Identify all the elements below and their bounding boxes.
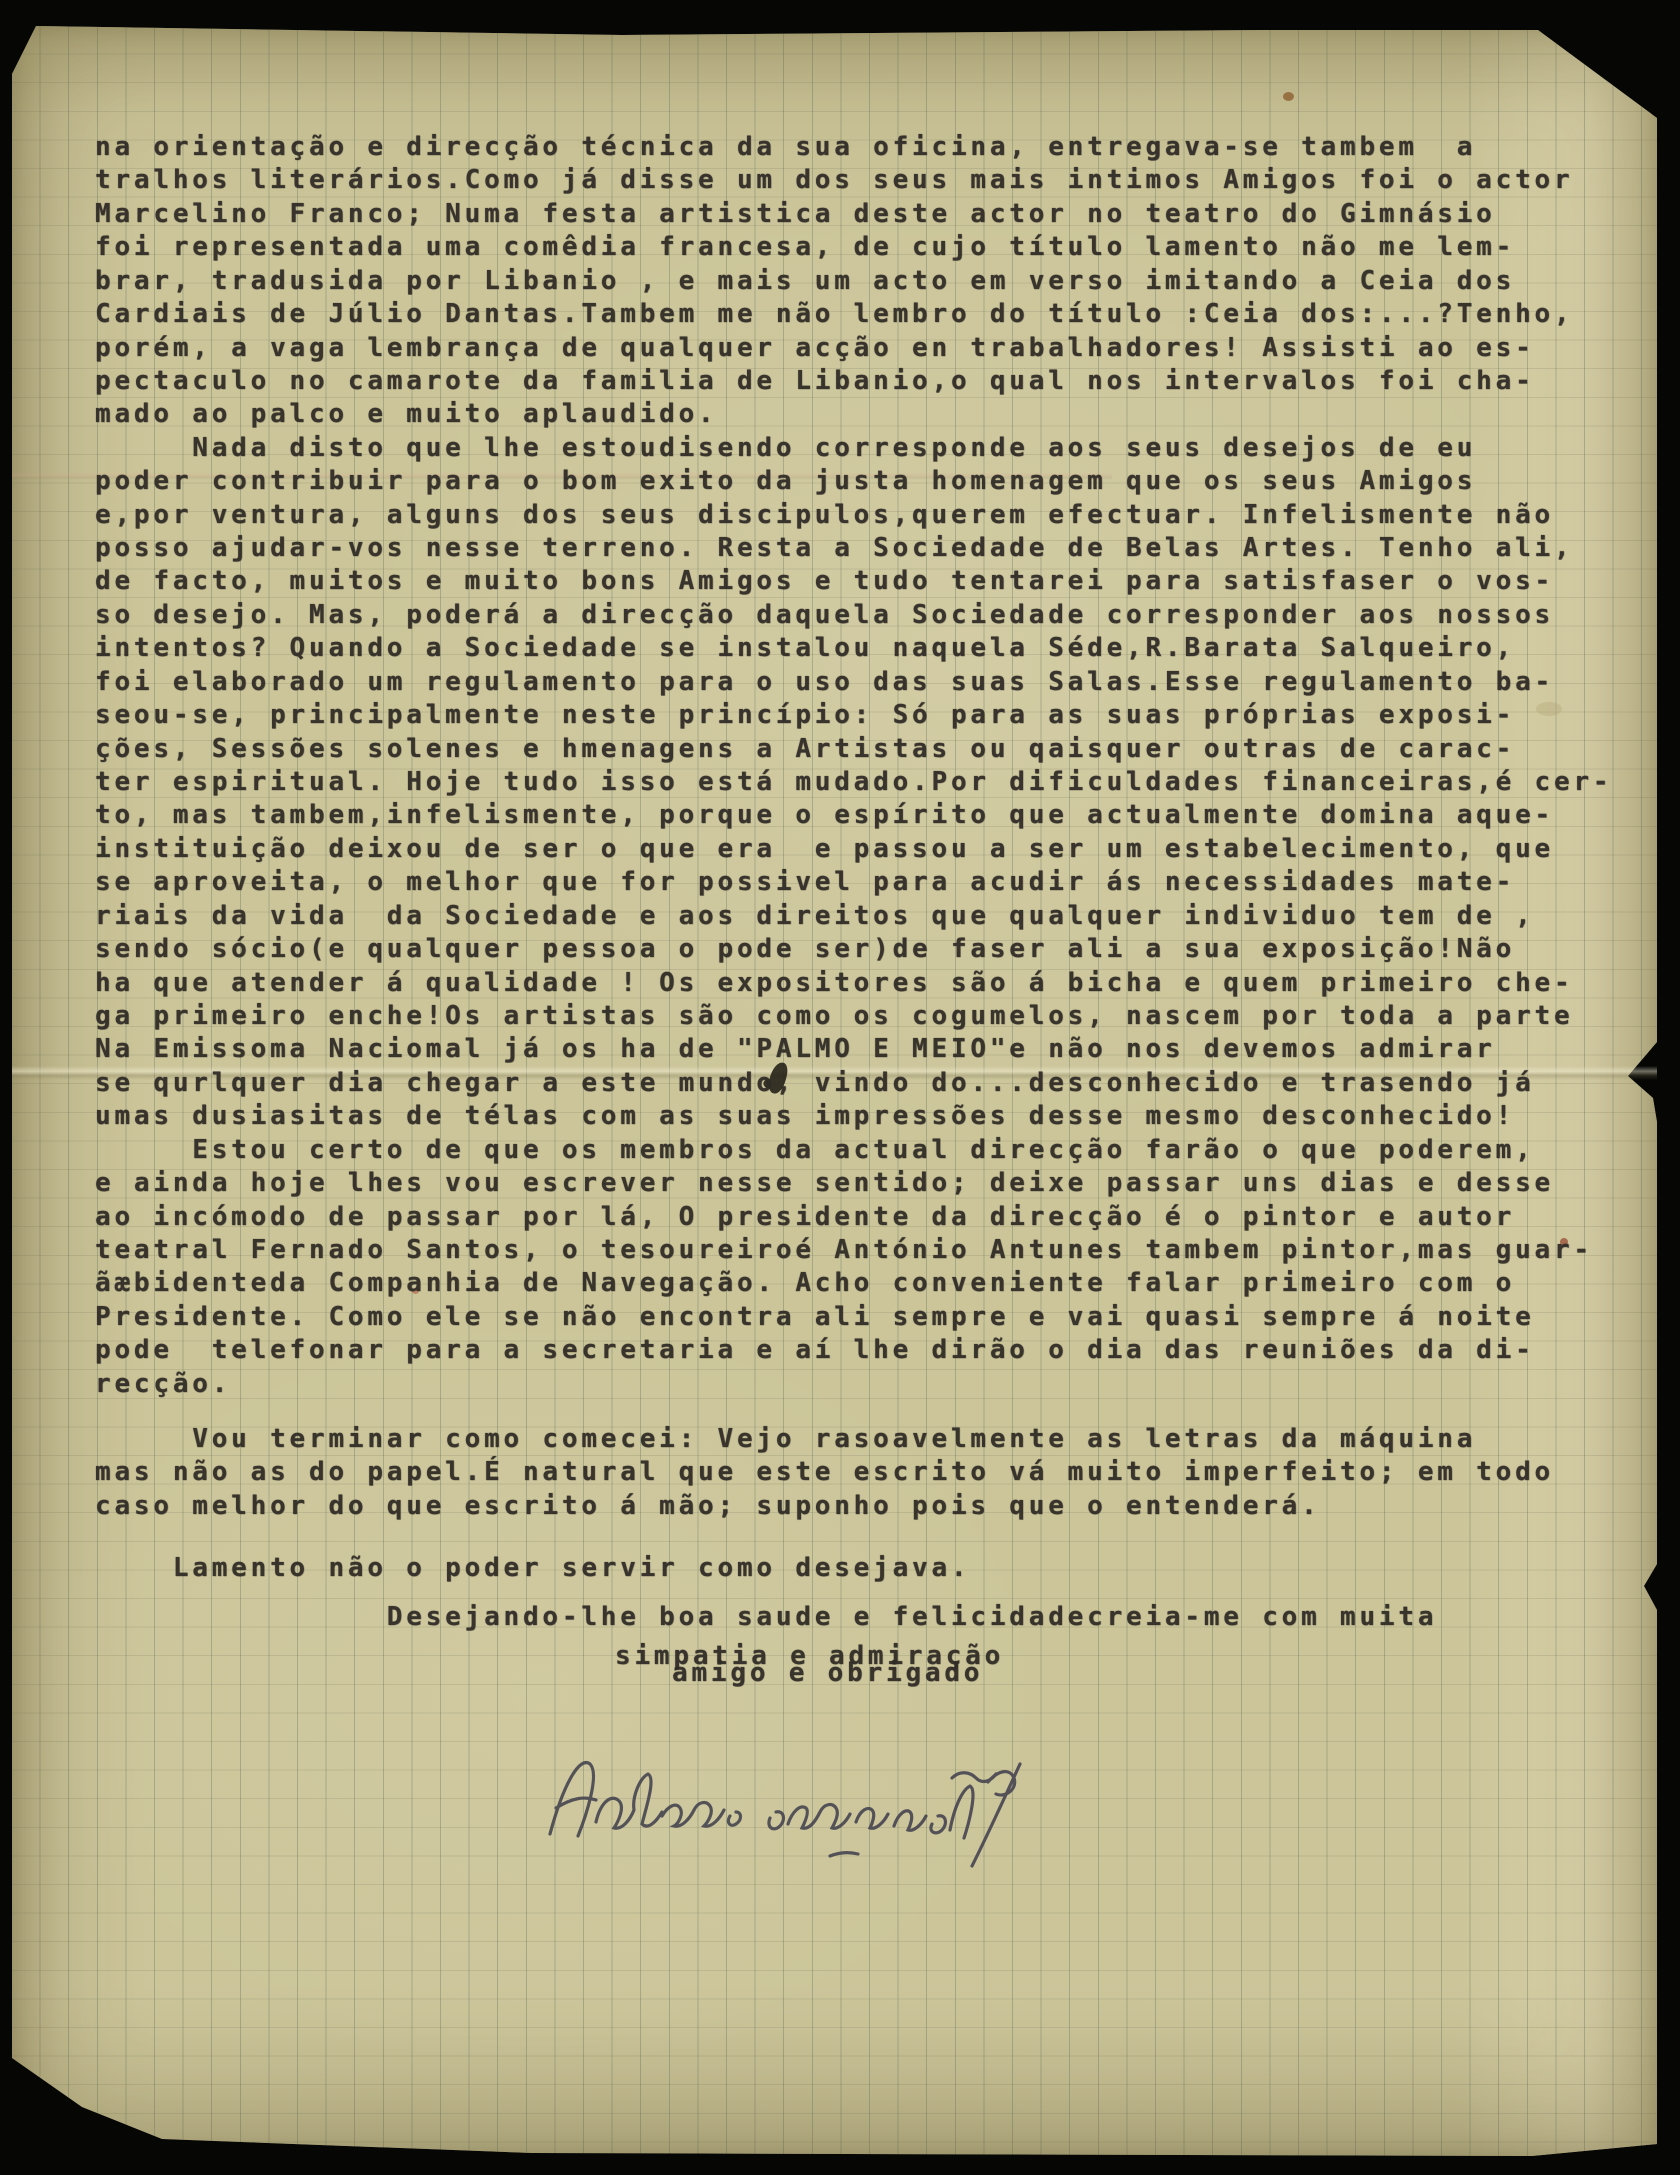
- foxing-spot: [1283, 92, 1294, 101]
- typewritten-line: intentos? Quando a Sociedade se instalou…: [95, 632, 1612, 665]
- typewritten-line: instituição deixou de ser o que era e pa…: [95, 833, 1612, 866]
- typewritten-line: de facto, muitos e muito bons Amigos e t…: [95, 565, 1612, 598]
- typewritten-line: caso melhor do que escrito á mão; suponh…: [95, 1490, 1554, 1523]
- typewritten-line: pectaculo no camarote da familia de Liba…: [95, 365, 1612, 398]
- typewritten-line: umas dusiasitas de télas com as suas imp…: [95, 1100, 1612, 1133]
- typewritten-line: seou-se, principalmente neste princípio:…: [95, 699, 1612, 732]
- typewritten-line: mado ao palco e muito aplaudido.: [95, 398, 1612, 431]
- typewritten-line: Cardiais de Júlio Dantas.Tambem me não l…: [95, 298, 1612, 331]
- typewritten-line: Vou terminar como comecei: Vejo rasoavel…: [95, 1423, 1554, 1456]
- typewritten-line: ções, Sessões solenes e hmenagens a Arti…: [95, 733, 1612, 766]
- typewritten-line: Nada disto que lhe estoudisendo correspo…: [95, 432, 1612, 465]
- typewritten-line: Na Emissoma Naciomal já os ha de "PALMO …: [95, 1033, 1612, 1066]
- letter-body-text: na orientação e direcção técnica da sua …: [95, 131, 1612, 1401]
- typewritten-line: recção.: [95, 1368, 1612, 1401]
- typewritten-line: Marcelino Franco; Numa festa artistica d…: [95, 198, 1612, 231]
- typewritten-line: teatral Fernado Santos, o tesoureiroé An…: [95, 1234, 1612, 1267]
- typewritten-line: mas não as do papel.É natural que este e…: [95, 1456, 1554, 1489]
- typewritten-line: Desejando-lhe boa saude e felicidadecrei…: [95, 1601, 1437, 1634]
- typewritten-line: na orientação e direcção técnica da sua …: [95, 131, 1612, 164]
- typewritten-line: ga primeiro enche!Os artistas são como o…: [95, 1000, 1612, 1033]
- typewritten-line: brar, tradusida por Libanio , e mais um …: [95, 265, 1612, 298]
- typewritten-line: to, mas tambem,infelismente, porque o es…: [95, 799, 1612, 832]
- letter-valediction-line: Desejando-lhe boa saude e felicidadecrei…: [95, 1601, 1437, 1634]
- typewritten-line: riais da vida da Sociedade e aos direito…: [95, 900, 1612, 933]
- typewritten-line: posso ajudar-vos nesse terreno. Resta a …: [95, 532, 1612, 565]
- typewritten-line: pode telefonar para a secretaria e aí lh…: [95, 1334, 1612, 1367]
- typewritten-line: Lamento não o poder servir como desejava…: [95, 1552, 970, 1585]
- handwritten-signature: [520, 1738, 1060, 1888]
- letter-closing-paragraph: Vou terminar como comecei: Vejo rasoavel…: [95, 1423, 1554, 1523]
- letter-valediction-line-3: amigo e obrigado: [672, 1657, 983, 1690]
- typewritten-line: e ainda hoje lhes vou escrever nesse sen…: [95, 1167, 1612, 1200]
- typewritten-line: sendo sócio(e qualquer pessoa o pode ser…: [95, 933, 1612, 966]
- typewritten-line: poder contribuir para o bom exito da jus…: [95, 465, 1612, 498]
- typewritten-line: ter espiritual. Hoje tudo isso está muda…: [95, 766, 1612, 799]
- typewritten-line: porém, a vaga lembrança de qualquer acçã…: [95, 332, 1612, 365]
- typewritten-line: e,por ventura, alguns dos seus discipulo…: [95, 499, 1612, 532]
- typewritten-line: ha que atender á qualidade ! Os exposito…: [95, 967, 1612, 1000]
- scanned-letter-page: na orientação e direcção técnica da sua …: [0, 0, 1680, 2175]
- letter-farewell-line: Lamento não o poder servir como desejava…: [95, 1552, 970, 1585]
- typewritten-line: so desejo. Mas, poderá a direcção daquel…: [95, 599, 1612, 632]
- typewritten-line: se aproveita, o melhor que for possivel …: [95, 866, 1612, 899]
- typewritten-line: ãæbidenteda Companhia de Navegação. Acho…: [95, 1267, 1612, 1300]
- typewritten-line: foi representada uma comêdia francesa, d…: [95, 231, 1612, 264]
- typewritten-line: se qurlquer dia chegar a este mundo, vin…: [95, 1067, 1612, 1100]
- typewritten-line: Estou certo de que os membros da actual …: [95, 1134, 1612, 1167]
- typewritten-line: foi elaborado um regulamento para o uso …: [95, 666, 1612, 699]
- typewritten-line: tralhos literários.Como já disse um dos …: [95, 164, 1612, 197]
- typewritten-line: amigo e obrigado: [672, 1657, 983, 1690]
- typewritten-line: ao incómodo de passar por lá, O presiden…: [95, 1201, 1612, 1234]
- typewritten-line: Presidente. Como ele se não encontra ali…: [95, 1301, 1612, 1334]
